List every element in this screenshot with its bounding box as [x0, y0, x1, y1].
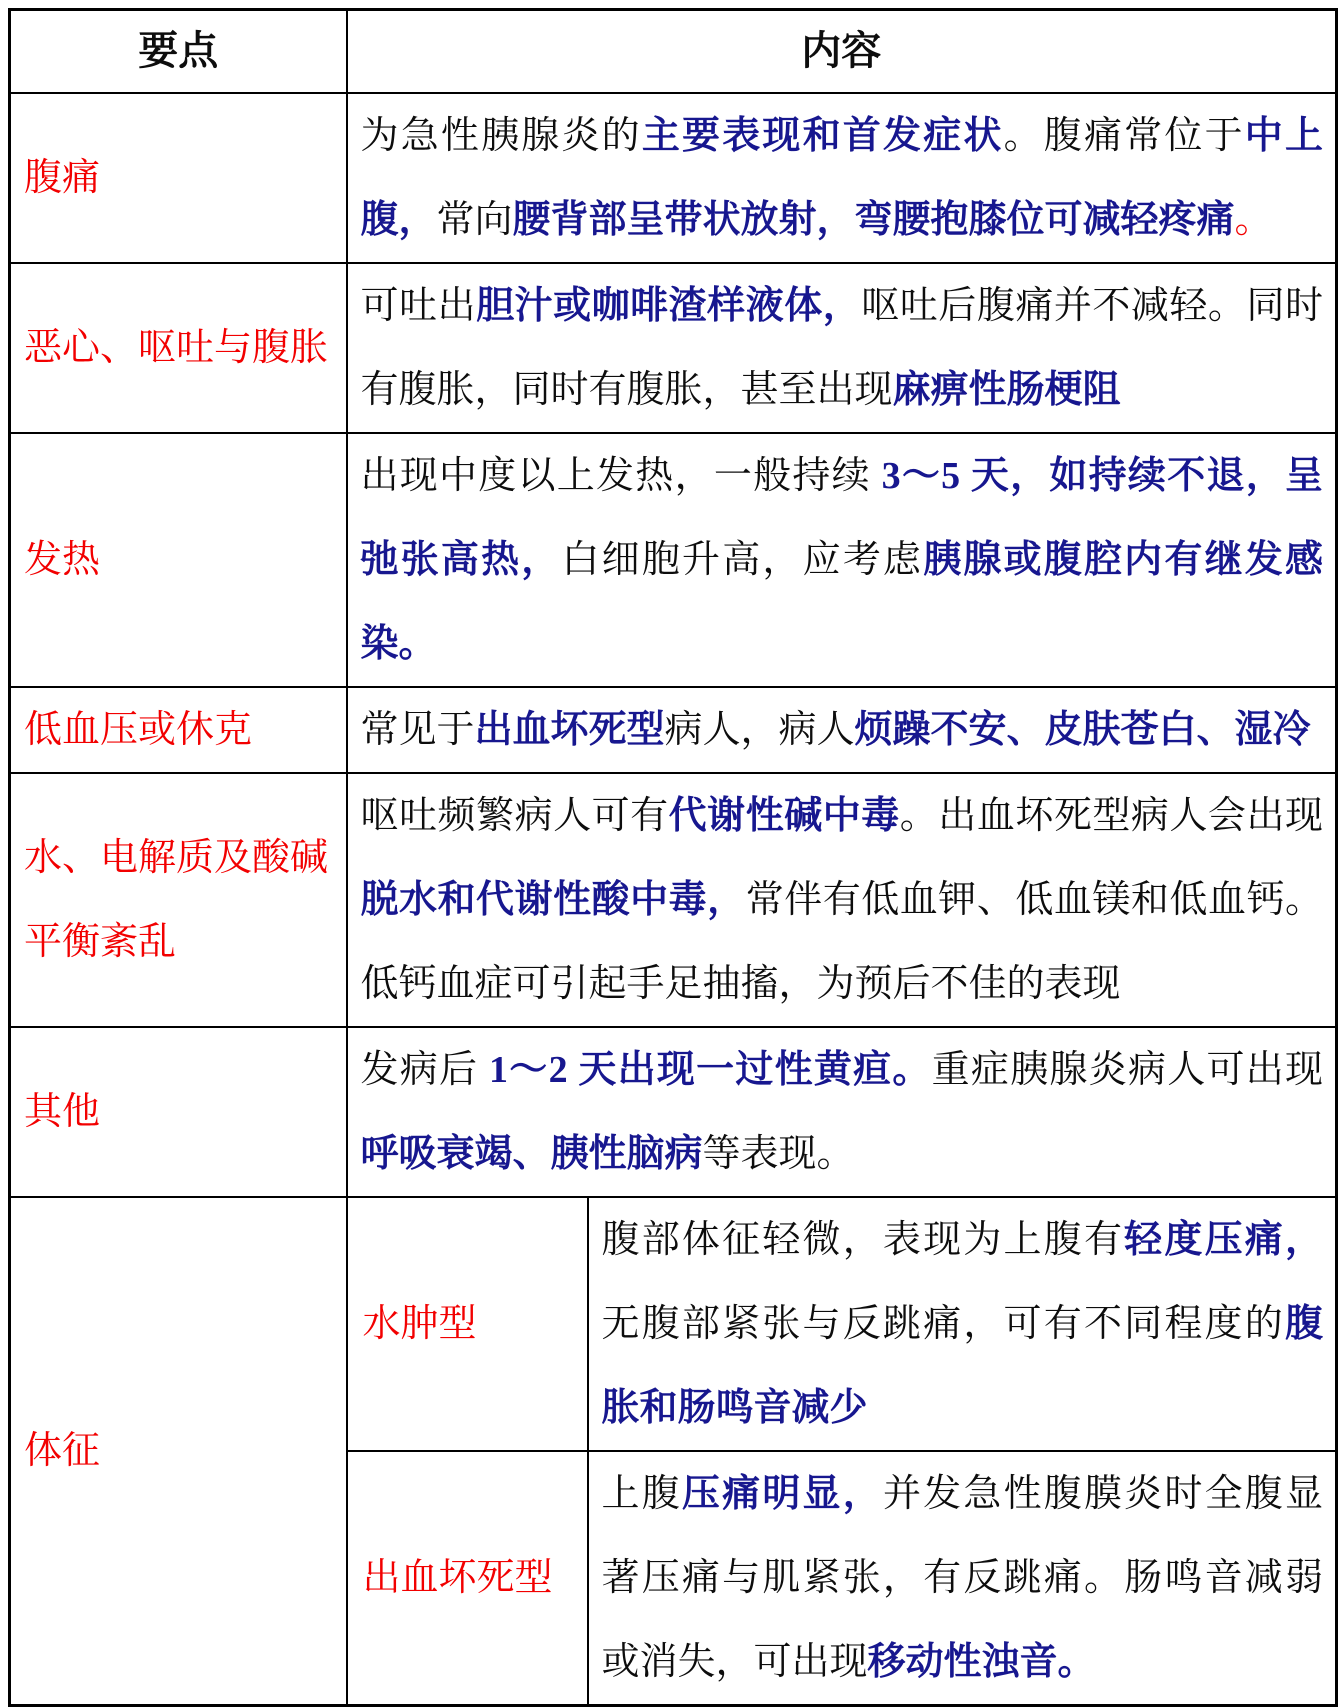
table-row: 恶心、呕吐与腹胀 可吐出胆汁或咖啡渣样液体，呕吐后腹痛并不减轻。同时有腹胀，同时… — [10, 263, 1337, 433]
table-row: 水、电解质及酸碱平衡紊乱 呕吐频繁病人可有代谢性碱中毒。出血坏死型病人会出现脱水… — [10, 773, 1337, 1027]
table-row: 发热 出现中度以上发热，一般持续 3～5 天，如持续不退，呈弛张高热，白细胞升高… — [10, 433, 1337, 687]
row-label-nausea-vomiting: 恶心、呕吐与腹胀 — [10, 263, 347, 433]
row-label-signs: 体征 — [10, 1197, 347, 1706]
subrow-label-edematous-type: 水肿型 — [347, 1197, 588, 1451]
row-label-hypotension-shock: 低血压或休克 — [10, 687, 347, 773]
row-content-abdominal-pain: 为急性胰腺炎的主要表现和首发症状。腹痛常位于中上腹，常向腰背部呈带状放射，弯腰抱… — [347, 93, 1337, 263]
table-row: 腹痛 为急性胰腺炎的主要表现和首发症状。腹痛常位于中上腹，常向腰背部呈带状放射，… — [10, 93, 1337, 263]
row-content-hypotension-shock: 常见于出血坏死型病人，病人烦躁不安、皮肤苍白、湿冷 — [347, 687, 1337, 773]
page: 要点 内容 腹痛 为急性胰腺炎的主要表现和首发症状。腹痛常位于中上腹，常向腰背部… — [0, 0, 1343, 1617]
row-content-electrolyte-imbalance: 呕吐频繁病人可有代谢性碱中毒。出血坏死型病人会出现脱水和代谢性酸中毒，常伴有低血… — [347, 773, 1337, 1027]
row-label-fever: 发热 — [10, 433, 347, 687]
row-label-electrolyte-imbalance: 水、电解质及酸碱平衡紊乱 — [10, 773, 347, 1027]
table-row: 体征 水肿型 腹部体征轻微，表现为上腹有轻度压痛，无腹部紧张与反跳痛，可有不同程… — [10, 1197, 1337, 1451]
table-row: 低血压或休克 常见于出血坏死型病人，病人烦躁不安、皮肤苍白、湿冷 — [10, 687, 1337, 773]
row-content-fever: 出现中度以上发热，一般持续 3～5 天，如持续不退，呈弛张高热，白细胞升高，应考… — [347, 433, 1337, 687]
subrow-content-hemorrhagic-necrotic-type: 上腹压痛明显，并发急性腹膜炎时全腹显著压痛与肌紧张，有反跳痛。肠鸣音减弱或消失，… — [588, 1451, 1337, 1706]
table-row: 要点 内容 — [10, 10, 1337, 93]
subrow-content-edematous-type: 腹部体征轻微，表现为上腹有轻度压痛，无腹部紧张与反跳痛，可有不同程度的腹胀和肠鸣… — [588, 1197, 1337, 1451]
header-keypoint: 要点 — [10, 10, 347, 93]
header-content: 内容 — [347, 10, 1337, 93]
row-label-abdominal-pain: 腹痛 — [10, 93, 347, 263]
table-row: 其他 发病后 1～2 天出现一过性黄疸。重症胰腺炎病人可出现呼吸衰竭、胰性脑病等… — [10, 1027, 1337, 1197]
subrow-label-hemorrhagic-necrotic-type: 出血坏死型 — [347, 1451, 588, 1706]
row-content-nausea-vomiting: 可吐出胆汁或咖啡渣样液体，呕吐后腹痛并不减轻。同时有腹胀，同时有腹胀，甚至出现麻… — [347, 263, 1337, 433]
row-content-other: 发病后 1～2 天出现一过性黄疸。重症胰腺炎病人可出现呼吸衰竭、胰性脑病等表现。 — [347, 1027, 1337, 1197]
row-label-other: 其他 — [10, 1027, 347, 1197]
symptoms-table: 要点 内容 腹痛 为急性胰腺炎的主要表现和首发症状。腹痛常位于中上腹，常向腰背部… — [8, 8, 1338, 1707]
